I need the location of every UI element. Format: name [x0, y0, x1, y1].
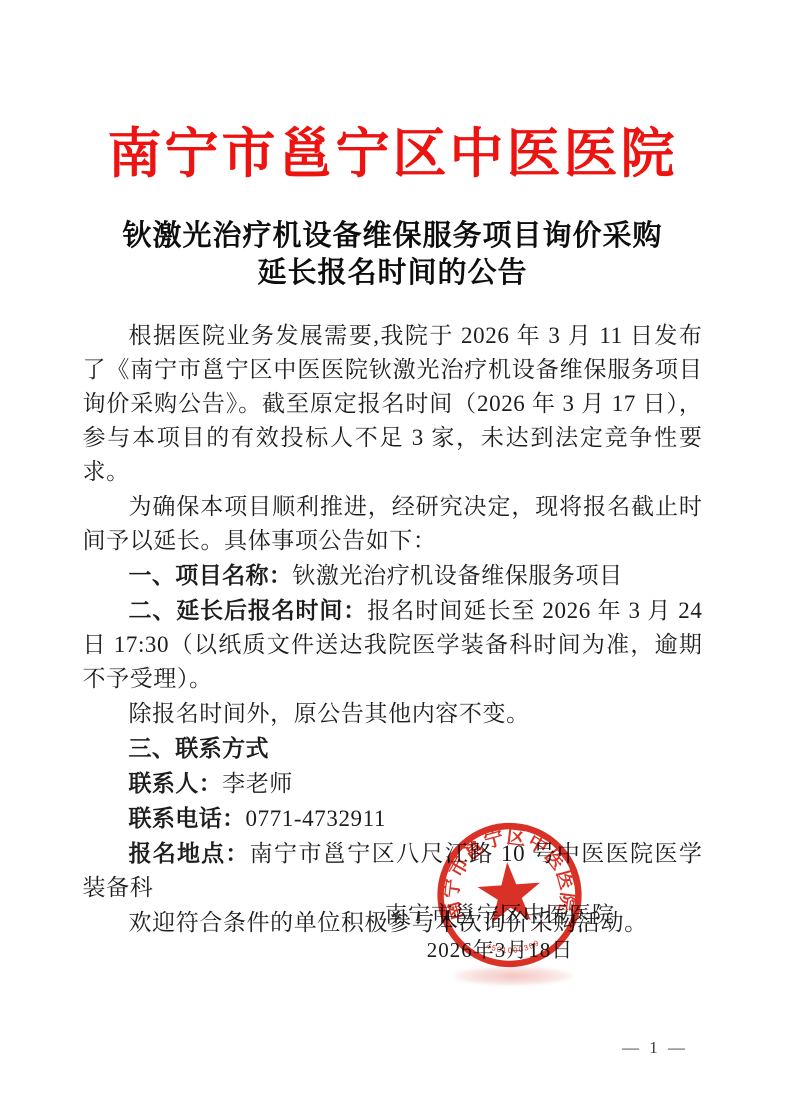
- document-page: 南宁市邕宁区中医医院 钬激光治疗机设备维保服务项目询价采购 延长报名时间的公告 …: [0, 0, 785, 1114]
- page-number: — 1 —: [622, 1038, 688, 1058]
- announcement-title-line1: 钬激光治疗机设备维保服务项目询价采购: [0, 218, 785, 255]
- paragraph-text: 李老师: [222, 771, 293, 796]
- paragraph: 除报名时间外，原公告其他内容不变。: [83, 696, 703, 731]
- paragraph-bold-label: 联系人：: [129, 770, 223, 796]
- paragraph: 联系电话：0771-4732911: [83, 801, 703, 836]
- paragraph: 联系人：李老师: [83, 766, 703, 801]
- paragraph: 三、联系方式: [83, 731, 703, 766]
- paragraph: 根据医院业务发展需要,我院于 2026 年 3 月 11 日发布了《南宁市邕宁区…: [83, 318, 703, 489]
- paragraph-text: 0771-4732911: [246, 806, 387, 831]
- announcement-title-line2: 延长报名时间的公告: [0, 255, 785, 292]
- paragraph-text: 为确保本项目顺利推进，经研究决定，现将报名截止时间予以延长。具体事项公告如下：: [83, 494, 703, 553]
- seal-smudge: [452, 966, 574, 986]
- announcement-title: 钬激光治疗机设备维保服务项目询价采购 延长报名时间的公告: [0, 218, 785, 292]
- seal-serial-holder: 4501000309: [484, 938, 542, 957]
- paragraph-bold-label: 三、联系方式: [129, 735, 269, 761]
- paragraph-bold-label: 一、项目名称：: [129, 562, 293, 588]
- paragraph: 为确保本项目顺利推进，经研究决定，现将报名截止时间予以延长。具体事项公告如下：: [83, 489, 703, 558]
- paragraph-text: 钬激光治疗机设备维保服务项目: [292, 563, 622, 588]
- paragraph: 二、延长后报名时间：报名时间延长至 2026 年 3 月 24 日 17:30（…: [83, 593, 703, 696]
- hospital-title: 南宁市邕宁区中医医院: [0, 0, 785, 186]
- star-icon: [476, 860, 543, 924]
- official-seal-icon: 南宁市邕宁区中医医院 4501000309: [431, 815, 588, 975]
- paragraph-text: 除报名时间外，原公告其他内容不变。: [129, 701, 530, 726]
- seal-serial-number: 4501000309: [484, 938, 542, 957]
- paragraph-bold-label: 联系电话：: [129, 805, 246, 831]
- body-paragraphs: 根据医院业务发展需要,我院于 2026 年 3 月 11 日发布了《南宁市邕宁区…: [83, 318, 703, 940]
- paragraph-bold-label: 报名地点：: [129, 840, 250, 866]
- paragraph-bold-label: 二、延长后报名时间：: [129, 597, 368, 623]
- paragraph: 报名地点：南宁市邕宁区八尺江路 10 号中医医院医学装备科: [83, 836, 703, 905]
- paragraph-text: 根据医院业务发展需要,我院于 2026 年 3 月 11 日发布了《南宁市邕宁区…: [83, 323, 703, 484]
- paragraph: 一、项目名称：钬激光治疗机设备维保服务项目: [83, 558, 703, 593]
